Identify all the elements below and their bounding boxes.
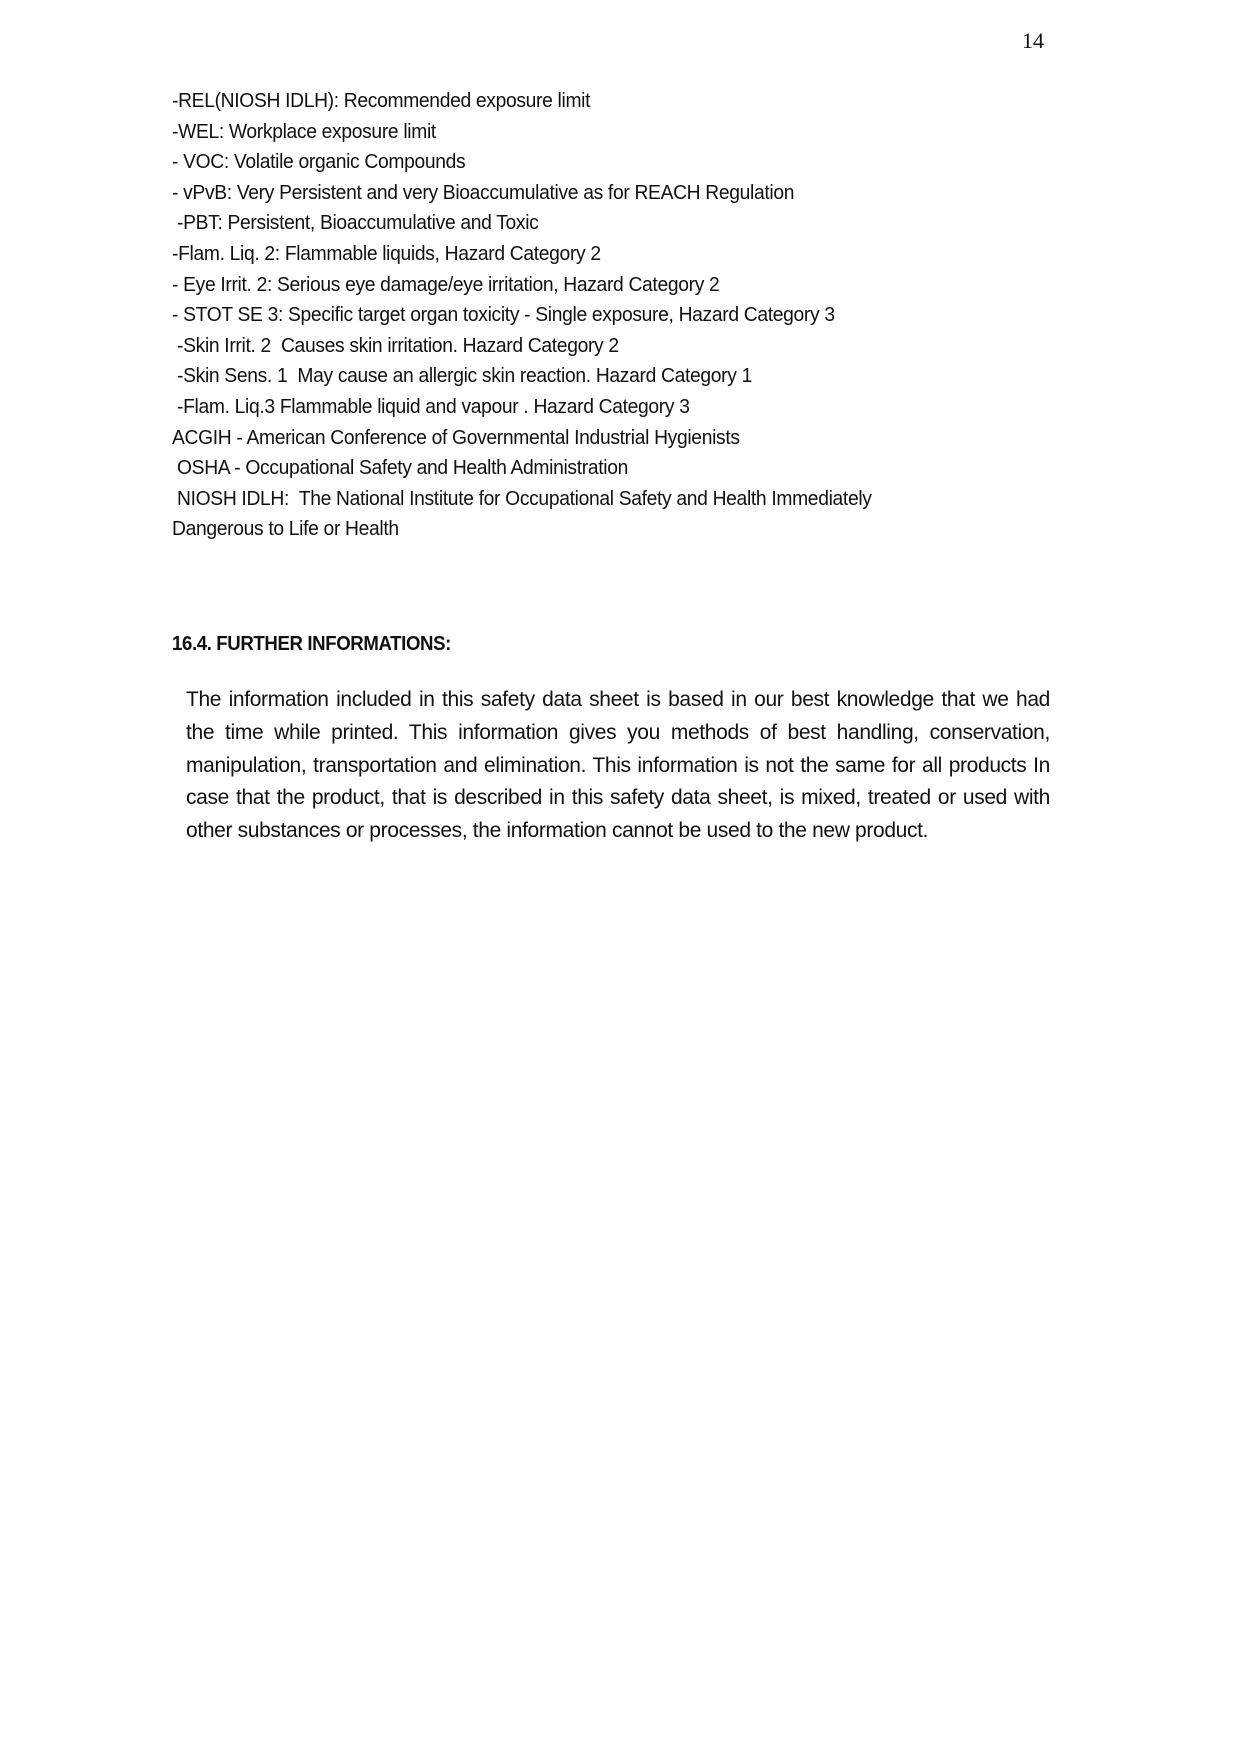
- abbreviation-item: OSHA - Occupational Safety and Health Ad…: [172, 453, 1018, 484]
- abbreviation-item: - vPvB: Very Persistent and very Bioaccu…: [172, 178, 1018, 209]
- abbreviation-item: NIOSH IDLH: The National Institute for O…: [172, 484, 1018, 515]
- section-heading: 16.4. FURTHER INFORMATIONS:: [172, 633, 451, 656]
- abbreviation-item: -Flam. Liq. 2: Flammable liquids, Hazard…: [172, 239, 1018, 270]
- abbreviation-item: - Eye Irrit. 2: Serious eye damage/eye i…: [172, 270, 1018, 301]
- abbreviation-item: -REL(NIOSH IDLH): Recommended exposure l…: [172, 86, 1018, 117]
- abbreviation-item: ACGIH - American Conference of Governmen…: [172, 423, 1018, 454]
- abbreviation-item: - STOT SE 3: Specific target organ toxic…: [172, 300, 1018, 331]
- abbreviations-list: -REL(NIOSH IDLH): Recommended exposure l…: [172, 86, 1072, 545]
- abbreviation-item: - VOC: Volatile organic Compounds: [172, 147, 1018, 178]
- abbreviation-item: -PBT: Persistent, Bioaccumulative and To…: [172, 208, 1018, 239]
- abbreviation-item: -WEL: Workplace exposure limit: [172, 117, 1018, 148]
- abbreviation-item: -Skin Sens. 1 May cause an allergic skin…: [172, 361, 1018, 392]
- section-body-paragraph: The information included in this safety …: [186, 684, 1050, 848]
- abbreviation-item: Dangerous to Life or Health: [172, 514, 1018, 545]
- abbreviation-item: -Skin Irrit. 2 Causes skin irritation. H…: [172, 331, 1018, 362]
- page-number: 14: [1022, 28, 1044, 54]
- abbreviation-item: -Flam. Liq.3 Flammable liquid and vapour…: [172, 392, 1018, 423]
